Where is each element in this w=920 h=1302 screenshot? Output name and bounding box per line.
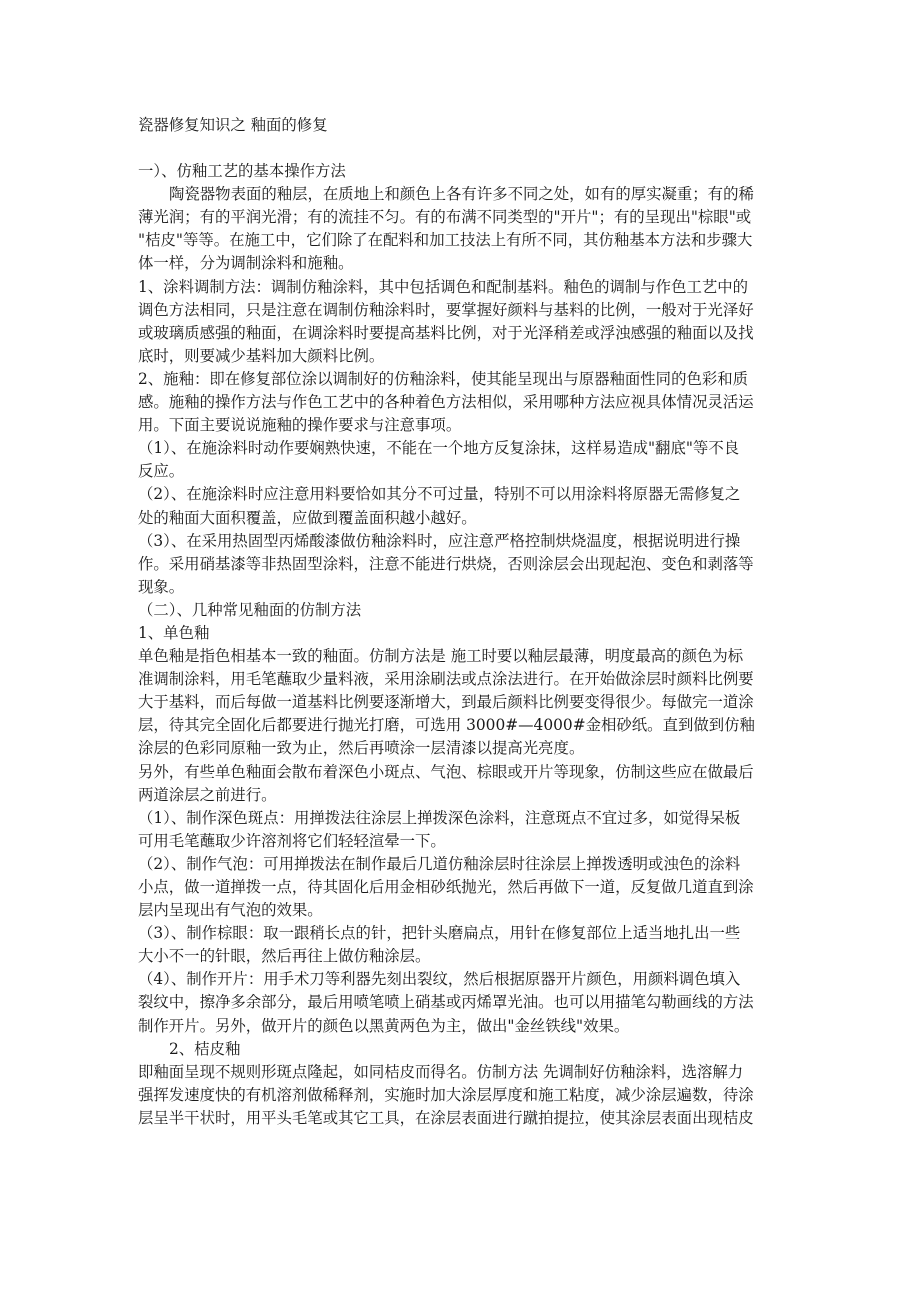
text-line: 底时，则要减少基料加大颜料比例。 (138, 345, 790, 368)
text-line: （1）、在施涂料时动作要娴熟快速，不能在一个地方反复涂抹，这样易造成"翻底"等不… (138, 437, 790, 460)
text-line: （1）、制作深色斑点：用掸拨法往涂层上掸拨深色涂料，注意斑点不宜过多，如觉得呆板 (138, 807, 790, 830)
text-line: 调色方法相同，只是注意在调制仿釉涂料时，要掌握好颜料与基料的比例，一般对于光泽好 (138, 299, 790, 322)
paragraph: （3）、制作棕眼：取一跟稍长点的针，把针头磨扁点，用针在修复部位上适当地扎出一些… (138, 922, 790, 968)
section-heading: （二）、几种常见釉面的仿制方法 (138, 599, 790, 622)
paragraph: （1）、制作深色斑点：用掸拨法往涂层上掸拨深色涂料，注意斑点不宜过多，如觉得呆板… (138, 807, 790, 853)
text-line: （4）、制作开片：用手术刀等利器先刻出裂纹，然后根据原器开片颜色，用颜料调色填入 (138, 968, 790, 991)
subheading: 2、桔皮釉 (138, 1038, 790, 1061)
text-line: 强挥发速度快的有机溶剂做稀释剂，实施时加大涂层厚度和施工粘度，减少涂层遍数，待涂 (138, 1084, 790, 1107)
paragraph: 陶瓷器物表面的釉层，在质地上和颜色上各有许多不同之处，如有的厚实凝重；有的稀 薄… (138, 183, 790, 275)
subheading: 1、单色釉 (138, 622, 790, 645)
text-line: 单色釉是指色相基本一致的釉面。仿制方法是 施工时要以釉层最薄，明度最高的颜色为标 (138, 645, 790, 668)
text-line: 体一样，分为调制涂料和施釉。 (138, 252, 790, 275)
text-line: （2）、制作气泡：可用掸拨法在制作最后几道仿釉涂层时往涂层上掸拨透明或浊色的涂料 (138, 853, 790, 876)
document-page: 瓷器修复知识之 釉面的修复 一）、仿釉工艺的基本操作方法 陶瓷器物表面的釉层，在… (138, 114, 790, 1130)
paragraph: 1、涂料调制方法：调制仿釉涂料，其中包括调色和配制基料。釉色的调制与作色工艺中的… (138, 276, 790, 368)
text-line: 即釉面呈现不规则形斑点隆起，如同桔皮而得名。仿制方法 先调制好仿釉涂料，选溶解力 (138, 1061, 790, 1084)
paragraph: （2）、在施涂料时应注意用料要恰如其分不可过量，特别不可以用涂料将原器无需修复之… (138, 483, 790, 529)
text-line: （3）、在采用热固型丙烯酸漆做仿釉涂料时，应注意严格控制烘烧温度，根据说明进行操 (138, 530, 790, 553)
text-line: （3）、制作棕眼：取一跟稍长点的针，把针头磨扁点，用针在修复部位上适当地扎出一些 (138, 922, 790, 945)
document-title: 瓷器修复知识之 釉面的修复 (138, 114, 790, 137)
paragraph: （3）、在采用热固型丙烯酸漆做仿釉涂料时，应注意严格控制烘烧温度，根据说明进行操… (138, 530, 790, 599)
text-line: 2、施釉：即在修复部位涂以调制好的仿釉涂料，使其能呈现出与原器釉面性同的色彩和质 (138, 368, 790, 391)
paragraph: 即釉面呈现不规则形斑点隆起，如同桔皮而得名。仿制方法 先调制好仿釉涂料，选溶解力… (138, 1061, 790, 1130)
text-line: 大小不一的针眼，然后再往上做仿釉涂层。 (138, 945, 790, 968)
text-line: 或玻璃质感强的釉面，在调涂料时要提高基料比例，对于光泽稍差或浮浊感强的釉面以及找 (138, 322, 790, 345)
text-line: 层呈半干状时，用平头毛笔或其它工具，在涂层表面进行蹴拍提拉，使其涂层表面出现桔皮 (138, 1107, 790, 1130)
text-line: 处的釉面大面积覆盖，应做到覆盖面积越小越好。 (138, 507, 790, 530)
text-line: 层内呈现出有气泡的效果。 (138, 899, 790, 922)
paragraph: 2、施釉：即在修复部位涂以调制好的仿釉涂料，使其能呈现出与原器釉面性同的色彩和质… (138, 368, 790, 437)
text-line: 感。施釉的操作方法与作色工艺中的各种着色方法相似，采用哪种方法应视具体情况灵活运 (138, 391, 790, 414)
text-line: 层，待其完全固化后都要进行抛光打磨，可选用 3000#—4000#金相砂纸。直到… (138, 714, 790, 737)
text-line: 裂纹中，擦净多余部分，最后用喷笔喷上硝基或丙烯罩光油。也可以用描笔勾勒画线的方法 (138, 991, 790, 1014)
text-line: 1、涂料调制方法：调制仿釉涂料，其中包括调色和配制基料。釉色的调制与作色工艺中的 (138, 276, 790, 299)
text-line: 两道涂层之前进行。 (138, 784, 790, 807)
section-2: （二）、几种常见釉面的仿制方法 1、单色釉 单色釉是指色相基本一致的釉面。仿制方… (138, 599, 790, 1130)
text-line: 用。下面主要说说施釉的操作要求与注意事项。 (138, 414, 790, 437)
text-line: 另外，有些单色釉面会散布着深色小斑点、气泡、棕眼或开片等现象，仿制这些应在做最后 (138, 761, 790, 784)
paragraph: （2）、制作气泡：可用掸拨法在制作最后几道仿釉涂层时往涂层上掸拨透明或浊色的涂料… (138, 853, 790, 922)
text-line: 涂层的色彩同原釉一致为止，然后再喷涂一层清漆以提高光亮度。 (138, 737, 790, 760)
text-line: 可用毛笔蘸取少许溶剂将它们轻轻渲晕一下。 (138, 830, 790, 853)
paragraph: 另外，有些单色釉面会散布着深色小斑点、气泡、棕眼或开片等现象，仿制这些应在做最后… (138, 761, 790, 807)
text-line: 反应。 (138, 460, 790, 483)
text-line: 大于基料，而后每做一道基料比例要逐渐增大，到最后颜料比例要变得很少。每做完一道涂 (138, 691, 790, 714)
text-line: 准调制涂料，用毛笔蘸取少量料液，采用涂刷法或点涂法进行。在开始做涂层时颜料比例要 (138, 668, 790, 691)
text-line: 制作开片。另外，做开片的颜色以黑黄两色为主，做出"金丝铁线"效果。 (138, 1015, 790, 1038)
text-line: 小点，做一道掸拨一点，待其固化后用金相砂纸抛光，然后再做下一道，反复做几道直到涂 (138, 876, 790, 899)
text-line: 1、单色釉 (138, 622, 790, 645)
text-line: "桔皮"等等。在施工中，它们除了在配料和加工技法上有所不同，其仿釉基本方法和步骤… (138, 229, 790, 252)
text-line: （2）、在施涂料时应注意用料要恰如其分不可过量，特别不可以用涂料将原器无需修复之 (138, 483, 790, 506)
text-line: 陶瓷器物表面的釉层，在质地上和颜色上各有许多不同之处，如有的厚实凝重；有的稀 (138, 183, 790, 206)
text-line: 现象。 (138, 576, 790, 599)
paragraph: （4）、制作开片：用手术刀等利器先刻出裂纹，然后根据原器开片颜色，用颜料调色填入… (138, 968, 790, 1037)
paragraph: （1）、在施涂料时动作要娴熟快速，不能在一个地方反复涂抹，这样易造成"翻底"等不… (138, 437, 790, 483)
text-line: 薄光润；有的平润光滑；有的流挂不匀。有的布满不同类型的"开片"；有的呈现出"棕眼… (138, 206, 790, 229)
text-line: 2、桔皮釉 (138, 1038, 790, 1061)
section-1: 一）、仿釉工艺的基本操作方法 陶瓷器物表面的釉层，在质地上和颜色上各有许多不同之… (138, 160, 790, 599)
paragraph: 单色釉是指色相基本一致的釉面。仿制方法是 施工时要以釉层最薄，明度最高的颜色为标… (138, 645, 790, 760)
text-line: 作。采用硝基漆等非热固型涂料，注意不能进行烘烧，否则涂层会出现起泡、变色和剥落等 (138, 553, 790, 576)
section-heading: 一）、仿釉工艺的基本操作方法 (138, 160, 790, 183)
